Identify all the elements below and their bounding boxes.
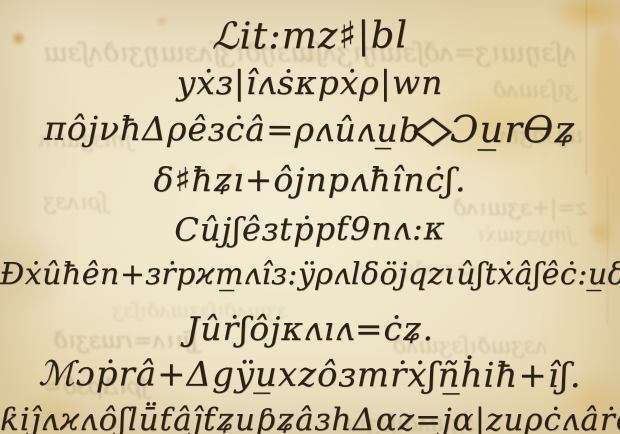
cipher-line-9-clipped: ƙiĵʌϰʌôʃlṻƭâĵƭʑuƥʑâɜhΔɑz=jɑ|zuρċʌâṙɑρƭ [0, 402, 620, 434]
manuscript-photo: ʌʃɜŋɯɩʒ=ʌðʃɜɯŋɩʒʌʃɯɜŋðɩʒʃʌɜɯŋʒɩðʌʃɜɯ ʒɩʃ… [0, 0, 620, 434]
cipher-line-5: Cûjʃêɜtṗpƭ9nʌ:κ [0, 208, 620, 249]
cipher-line-3: πôjνħΔρêɜċâ=ρʌûʌu̲b◊Ɔu̲rƟʑ [0, 105, 620, 151]
paper-background: ʌʃɜŋɯɩʒ=ʌðʃɜɯŋɩʒʌʃɯɜŋðɩʒʃʌɜɯŋʒɩðʌʃɜɯ ʒɩʃ… [0, 0, 620, 434]
lens-swash-symbol: ◊ [413, 113, 455, 146]
cipher-line-4: δ♯ħʑı+ôjnpʌħînċʃ. [0, 160, 620, 199]
cipher-line-7: Jûṙʃôjκʌıʌ=ċʑ. [0, 309, 620, 348]
cipher-line-3-text: πôjνħΔρêɜċâ=ρʌûʌu̲b [44, 109, 421, 150]
cipher-line-6: Ɖẋûħên+ɜṙpϰm̲ʌîɜ:ÿρʌlδöjqzιûʃtẋâʃêċ:u̲δ. [0, 257, 620, 292]
cipher-line-3-flourish: Ɔu̲rƟʑ [450, 108, 576, 152]
cipher-line-1: ℒit:mz♯|bl [0, 12, 620, 59]
cipher-line-8: ℳɔṗrâ+Δgÿu̲xzôɜmṙẋʃñ̲ḣiħ+îʃ. [0, 354, 620, 396]
cipher-line-2: yẋɜ|îʌṡκpẋρ|wn [0, 63, 620, 102]
